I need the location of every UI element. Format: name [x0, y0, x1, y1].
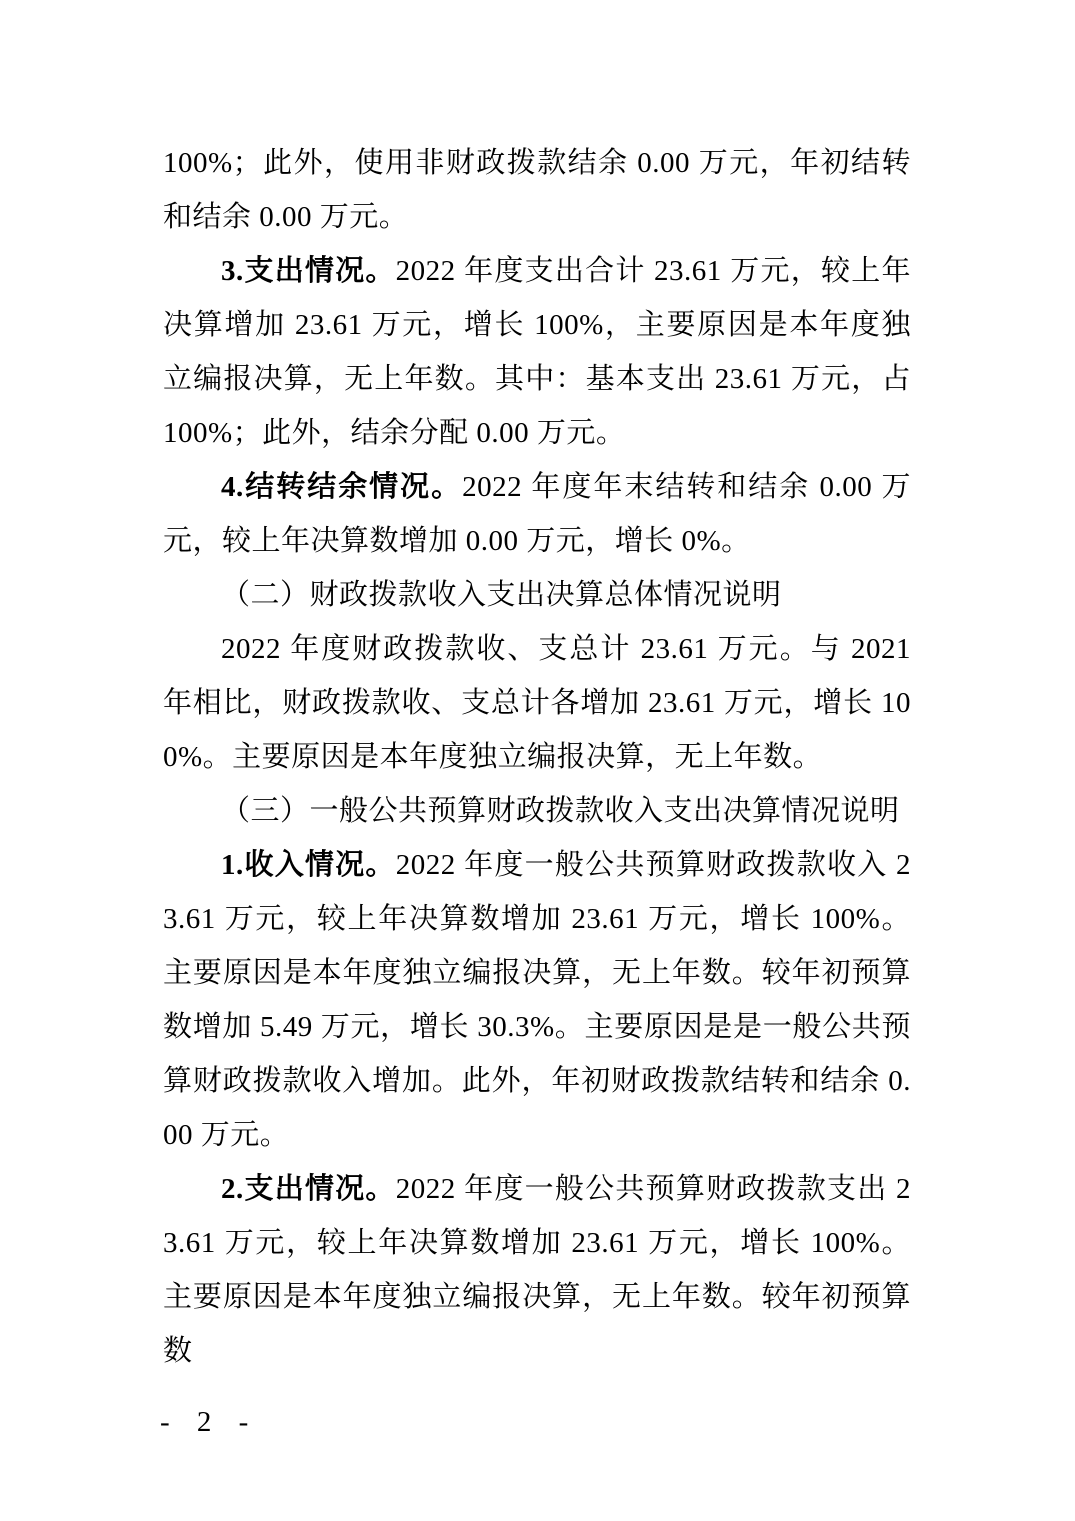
- paragraph-lead: 2.支出情况。: [221, 1173, 396, 1205]
- document-body: 100%；此外，使用非财政拨款结余 0.00 万元，年初结转和结余 0.00 万…: [163, 136, 911, 1378]
- paragraph: 100%；此外，使用非财政拨款结余 0.00 万元，年初结转和结余 0.00 万…: [163, 136, 911, 244]
- paragraph-lead: 4.结转结余情况。: [221, 471, 462, 503]
- paragraph-lead: 3.支出情况。: [221, 255, 396, 287]
- paragraph-run: 2022 年度一般公共预算财政拨款收入 23.61 万元，较上年决算数增加 23…: [163, 849, 911, 1151]
- paragraph: （三）一般公共预算财政拨款收入支出决算情况说明: [163, 784, 911, 838]
- paragraph: 2022 年度财政拨款收、支总计 23.61 万元。与 2021 年相比，财政拨…: [163, 622, 911, 784]
- paragraph-run: （二）财政拨款收入支出决算总体情况说明: [221, 579, 782, 611]
- paragraph: 3.支出情况。2022 年度支出合计 23.61 万元，较上年决算增加 23.6…: [163, 244, 911, 460]
- paragraph-run: 100%；此外，使用非财政拨款结余 0.00 万元，年初结转和结余 0.00 万…: [163, 147, 911, 233]
- document-page: 100%；此外，使用非财政拨款结余 0.00 万元，年初结转和结余 0.00 万…: [0, 0, 1075, 1521]
- paragraph-run: 2022 年度财政拨款收、支总计 23.61 万元。与 2021 年相比，财政拨…: [163, 633, 911, 773]
- paragraph: （二）财政拨款收入支出决算总体情况说明: [163, 568, 911, 622]
- paragraph: 1.收入情况。2022 年度一般公共预算财政拨款收入 23.61 万元，较上年决…: [163, 838, 911, 1162]
- paragraph-lead: 1.收入情况。: [221, 849, 396, 881]
- paragraph-run: （三）一般公共预算财政拨款收入支出决算情况说明: [221, 795, 900, 827]
- paragraph: 4.结转结余情况。2022 年度年末结转和结余 0.00 万元，较上年决算数增加…: [163, 460, 911, 568]
- paragraph: 2.支出情况。2022 年度一般公共预算财政拨款支出 23.61 万元，较上年决…: [163, 1162, 911, 1378]
- page-number: - 2 -: [160, 1400, 258, 1444]
